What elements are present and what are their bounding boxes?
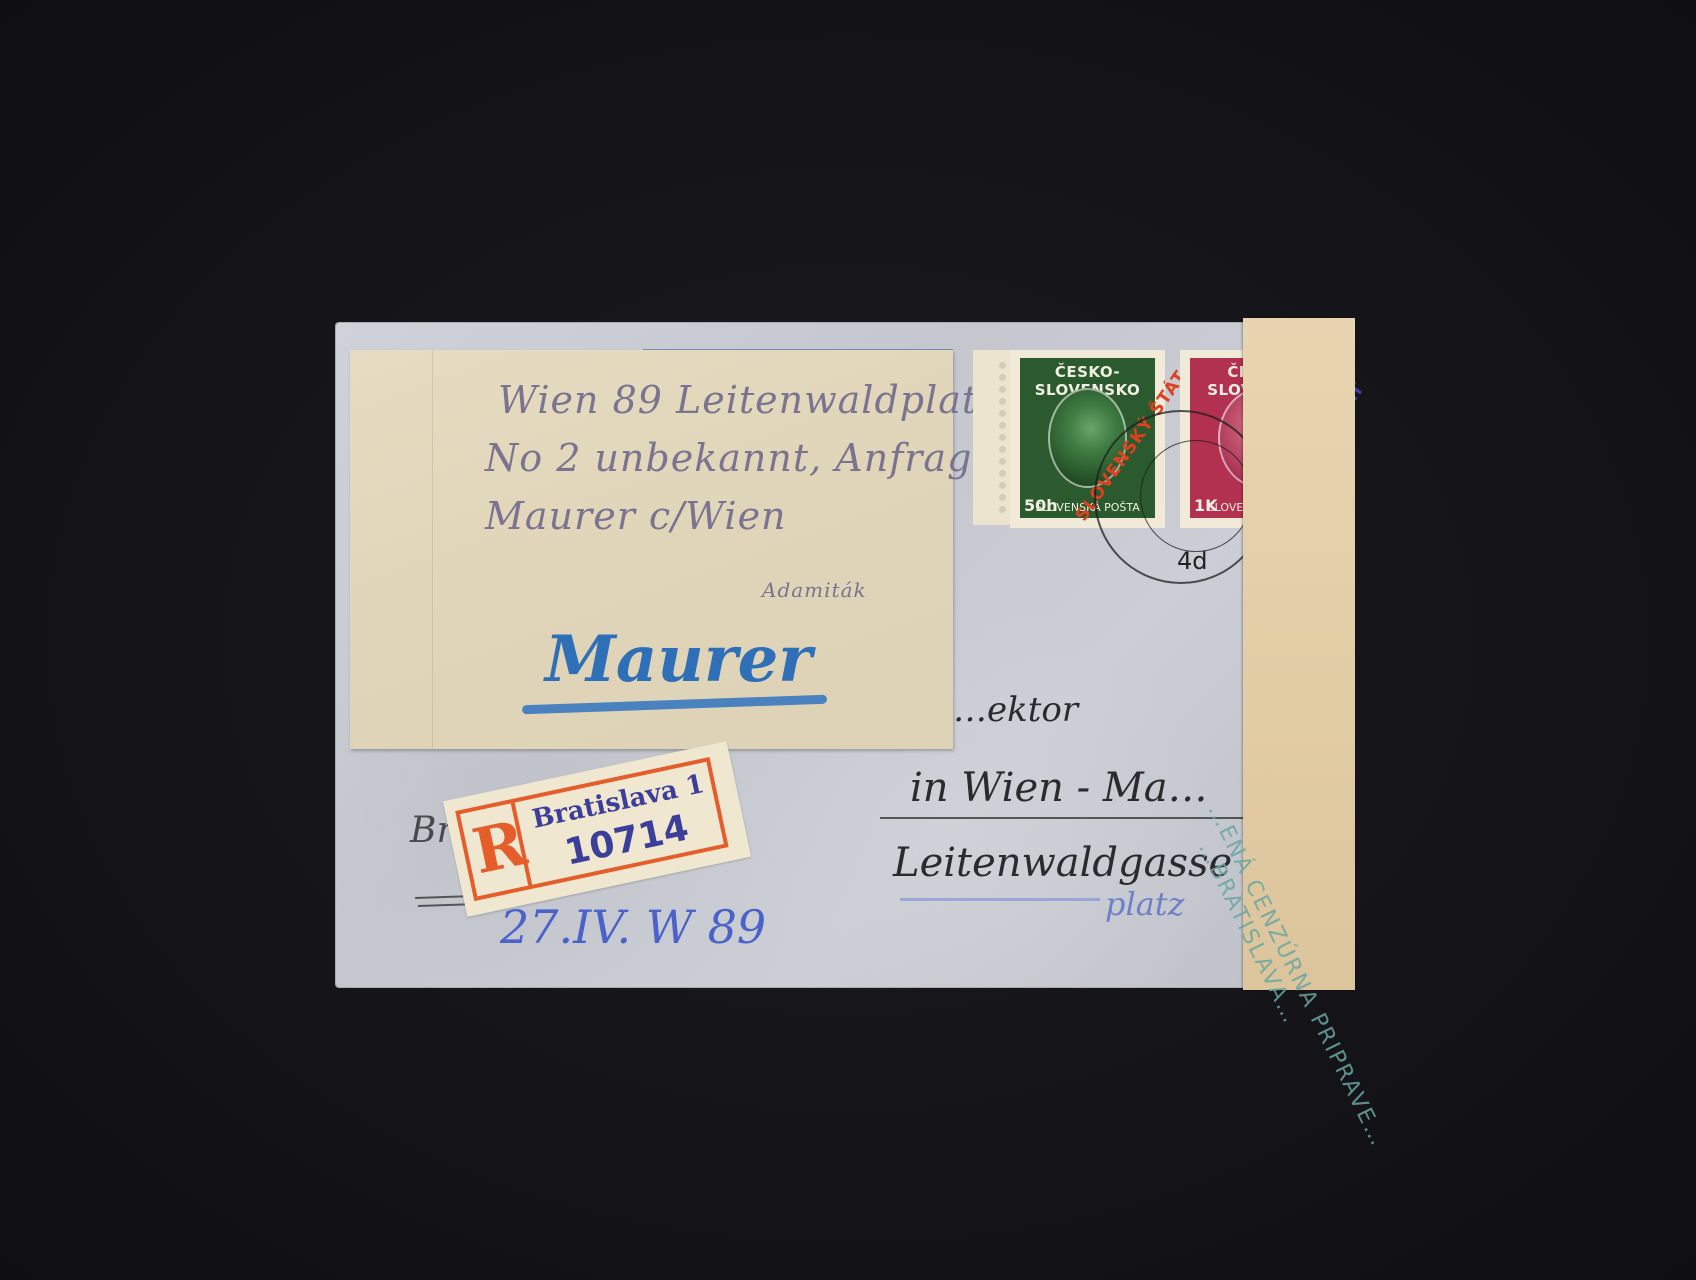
address-line-1: …ektor [953,690,1078,730]
slip-line-3: Maurer c/Wien [485,494,787,538]
postmark-inner [1140,440,1252,552]
stamp-value: 50h [1024,496,1058,515]
stamp-sheet-margin [973,350,1013,525]
postmark-code: 4d [1177,547,1208,575]
crayon-name: Maurer [545,622,812,697]
blue-strike-line [900,898,1100,901]
slip-small-signature: Adamiták [762,578,867,602]
slip-line-1: Wien 89 Leitenwaldplatz [498,378,999,422]
slip-fold [432,350,433,749]
address-line-2: in Wien - Ma… [910,765,1208,811]
slip-line-2: No 2 unbekannt, Anfrage [485,436,996,480]
address-correction: platz [1105,885,1185,923]
registration-letter: R [467,806,533,888]
pencil-arrival-note: 27.IV. W 89 [500,900,766,954]
